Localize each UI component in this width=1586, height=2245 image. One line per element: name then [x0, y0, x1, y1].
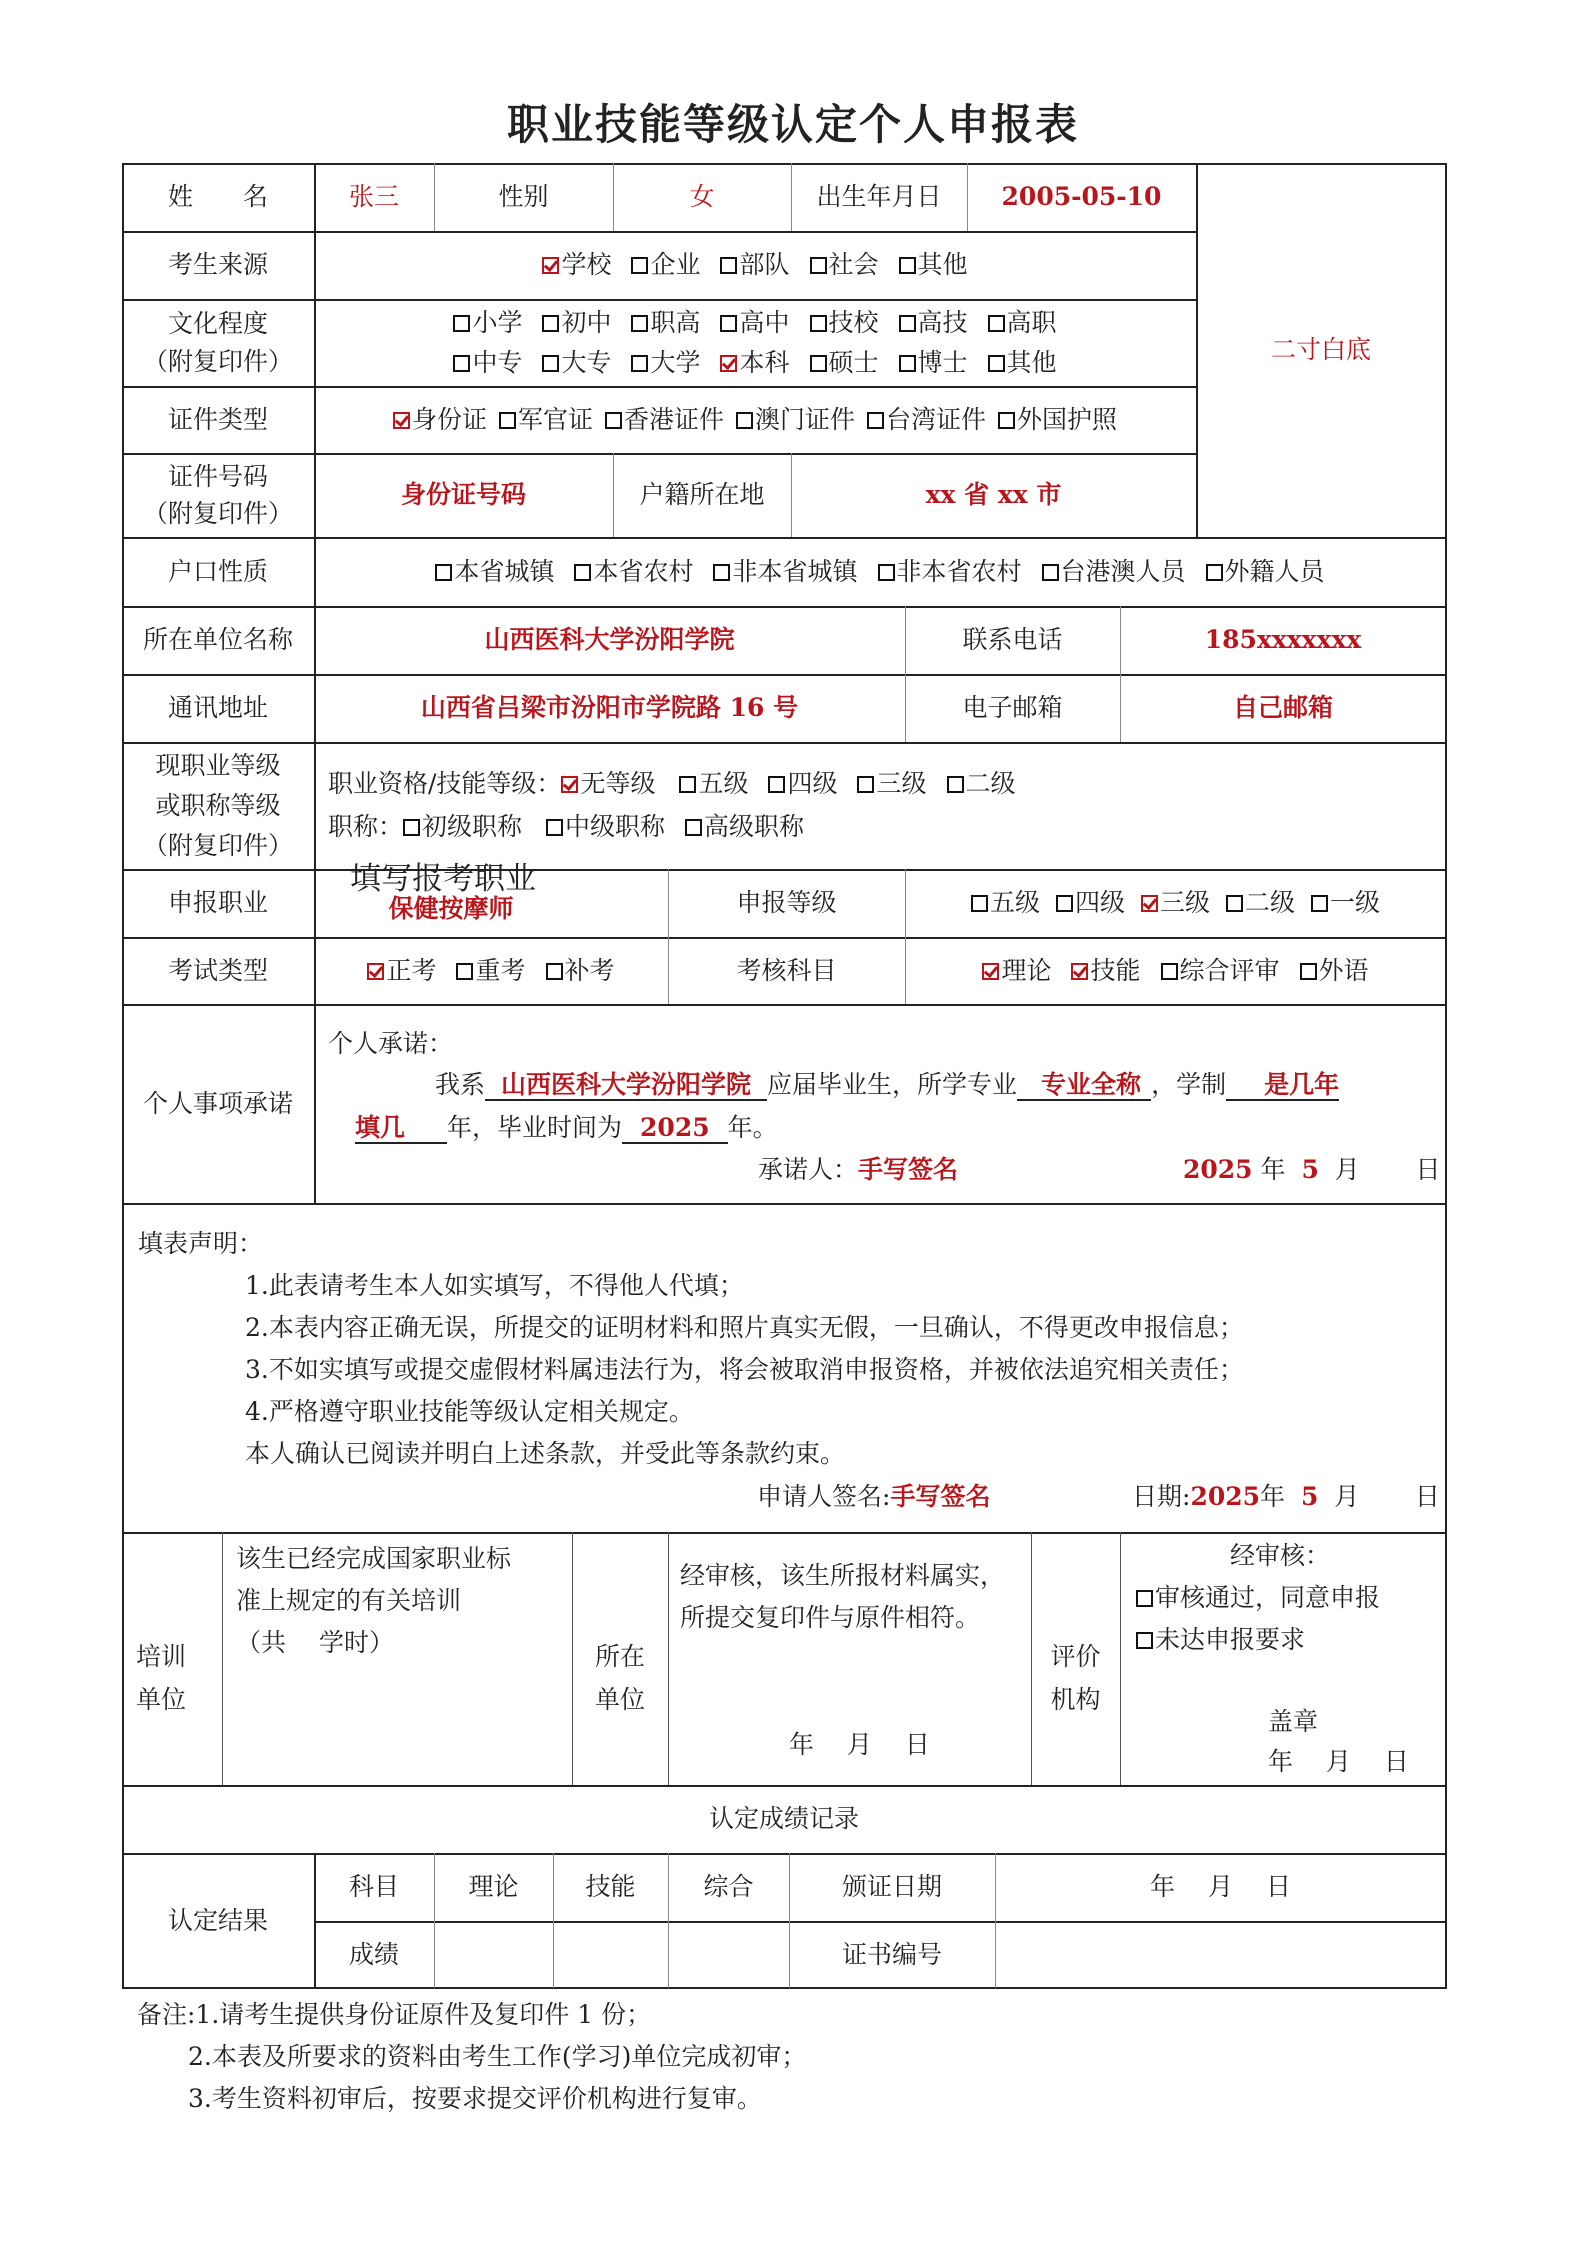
- checkbox-icon: [768, 776, 785, 793]
- checkbox-icon: [453, 315, 470, 332]
- checkbox-retake-exam[interactable]: 重考: [456, 951, 525, 991]
- address-label: 通讯地址: [122, 674, 314, 742]
- hukou-location-label: 户籍所在地: [613, 453, 791, 537]
- applicant-signature-field[interactable]: 手写签名: [890, 1482, 990, 1511]
- checkbox-title[interactable]: 高级职称: [685, 812, 804, 841]
- checkbox-makeup-exam[interactable]: 补考: [546, 951, 615, 991]
- hukou-type-label: 户口性质: [122, 537, 314, 606]
- id-number-field[interactable]: 身份证号码: [314, 453, 613, 537]
- checkbox-regular-exam[interactable]: 正考: [367, 951, 436, 991]
- checkbox-icon: [685, 819, 702, 836]
- checkbox-icon: [574, 564, 591, 581]
- email-label: 电子邮箱: [905, 674, 1120, 742]
- checkbox-edu[interactable]: 中专: [453, 348, 522, 377]
- employer-label: 所在单位名称: [122, 606, 314, 674]
- checkbox-military-id[interactable]: 军官证: [499, 400, 593, 440]
- checkbox-hukou[interactable]: 外籍人员: [1206, 552, 1325, 592]
- declaration-item: 3.不如实填写或提交虚假材料属违法行为，将会被取消申报资格，并被依法追究相关责任…: [245, 1350, 1244, 1386]
- checkbox-icon: [1206, 564, 1223, 581]
- checkbox-level-2[interactable]: 二级: [1226, 883, 1295, 923]
- employer-review-text: 经审核，该生所报材料属实，所提交复印件与原件相符。: [680, 1555, 1005, 1639]
- note-item: 2.本表及所要求的资料由考生工作(学习)单位完成初审；: [188, 2037, 806, 2073]
- checkbox-edu[interactable]: 小学: [453, 308, 522, 337]
- checkbox-icon: [720, 315, 737, 332]
- employer-review-label: 所在单位: [572, 1532, 668, 1785]
- checkbox-passport[interactable]: 外国护照: [998, 400, 1117, 440]
- declaration-item: 4.严格遵守职业技能等级认定相关规定。: [245, 1392, 694, 1428]
- checkbox-checked-icon: [393, 412, 410, 429]
- checkbox-icon: [1136, 1632, 1153, 1649]
- results-header-cell: 技能: [553, 1853, 668, 1921]
- checkbox-checked-icon: [561, 776, 578, 793]
- address-field[interactable]: 山西省吕梁市汾阳市学院路 16 号: [314, 674, 905, 742]
- checkbox-icon: [631, 355, 648, 372]
- checkbox-icon: [1136, 1590, 1153, 1607]
- pledge-years-field[interactable]: 是几年: [1226, 1070, 1339, 1101]
- exam-subject-label: 考核科目: [668, 937, 905, 1004]
- checkbox-icon: [899, 355, 916, 372]
- results-header-cell: 理论: [434, 1853, 553, 1921]
- checkbox-school[interactable]: 学校: [542, 245, 611, 285]
- checkbox-icon: [631, 257, 648, 274]
- checkbox-icon: [1226, 895, 1243, 912]
- checkbox-icon: [546, 963, 563, 980]
- pledge-label: 个人事项承诺: [122, 1004, 314, 1203]
- theory-score-field[interactable]: [434, 1921, 553, 1988]
- phone-field[interactable]: 185xxxxxxx: [1120, 606, 1446, 674]
- gender-label: 性别: [434, 163, 613, 231]
- checkbox-icon: [542, 315, 559, 332]
- checkbox-icon: [810, 355, 827, 372]
- checkbox-title[interactable]: 初级职称: [403, 812, 522, 841]
- checkbox-macau-id[interactable]: 澳门证件: [736, 400, 855, 440]
- employer-field[interactable]: 山西医科大学汾阳学院: [314, 606, 905, 674]
- email-field[interactable]: 自己邮箱: [1120, 674, 1446, 742]
- checkbox-edu[interactable]: 职高: [631, 308, 700, 337]
- checkbox-icon: [1300, 963, 1317, 980]
- hukou-type-options: 本省城镇 本省农村 非本省城镇 非本省农村 台港澳人员 外籍人员: [314, 537, 1446, 606]
- checkbox-level-3[interactable]: 三级: [1141, 883, 1210, 923]
- checkbox-hukou[interactable]: 本省农村: [574, 552, 693, 592]
- checkbox-edu[interactable]: 高中: [720, 308, 789, 337]
- pledge-signature-field[interactable]: 手写签名: [858, 1155, 958, 1184]
- checkbox-icon: [713, 564, 730, 581]
- checkbox-icon: [542, 355, 559, 372]
- checkbox-icon: [899, 257, 916, 274]
- exam-type-options: 正考 重考 补考: [314, 937, 668, 1004]
- checkbox-hukou[interactable]: 本省城镇: [435, 552, 554, 592]
- checkbox-edu[interactable]: 大学: [631, 348, 700, 377]
- pledge-school-field[interactable]: 山西医科大学汾阳学院: [485, 1070, 767, 1101]
- name-field[interactable]: 张三: [314, 163, 434, 231]
- pledge-date[interactable]: 2025 年 5 月 日: [1183, 1150, 1440, 1186]
- checkbox-review-pass[interactable]: 审核通过，同意申报: [1136, 1578, 1380, 1614]
- checkbox-icon: [720, 257, 737, 274]
- form-title: 职业技能等级认定个人申报表: [0, 92, 1586, 152]
- assessment-org-date[interactable]: 年 月 日: [1268, 1742, 1409, 1778]
- checkbox-icon: [971, 895, 988, 912]
- checkbox-level-5[interactable]: 五级: [971, 883, 1040, 923]
- checkbox-level[interactable]: 四级: [768, 769, 837, 798]
- checkbox-hk-id[interactable]: 香港证件: [605, 400, 724, 440]
- id-type-options: 身份证 军官证 香港证件 澳门证件 台湾证件 外国护照: [314, 386, 1196, 453]
- checkbox-enterprise[interactable]: 企业: [631, 245, 700, 285]
- checkbox-icon: [679, 776, 696, 793]
- checkbox-no-level[interactable]: 无等级: [561, 769, 655, 798]
- checkbox-icon: [631, 315, 648, 332]
- checkbox-level[interactable]: 二级: [947, 769, 1016, 798]
- checkbox-checked-icon: [367, 963, 384, 980]
- checkbox-icon: [403, 819, 420, 836]
- checkbox-edu[interactable]: 高职: [988, 308, 1057, 337]
- training-unit-text: 该生已经完成国家职业标准上规定的有关培训（共 学时）: [236, 1538, 511, 1664]
- checkbox-edu[interactable]: 高技: [899, 308, 968, 337]
- checkbox-icon: [857, 776, 874, 793]
- declaration-confirm: 本人确认已阅读并明白上述条款，并受此等条款约束。: [245, 1434, 845, 1470]
- checkbox-icon: [867, 412, 884, 429]
- checkbox-army[interactable]: 部队: [720, 245, 789, 285]
- checkbox-icon: [878, 564, 895, 581]
- checkbox-society[interactable]: 社会: [810, 245, 879, 285]
- checkbox-checked-icon: [982, 963, 999, 980]
- checkbox-icon: [1042, 564, 1059, 581]
- checkbox-edu[interactable]: 技校: [810, 308, 879, 337]
- checkbox-skill[interactable]: 技能: [1071, 951, 1140, 991]
- checkbox-checked-icon: [1071, 963, 1088, 980]
- checkbox-checked-icon: [542, 257, 559, 274]
- hukou-location-field[interactable]: xx 省 xx 市: [791, 453, 1196, 537]
- checkbox-icon: [605, 412, 622, 429]
- checkbox-icon: [435, 564, 452, 581]
- checkbox-icon: [988, 315, 1005, 332]
- training-unit-label: 培训单位: [122, 1532, 222, 1785]
- education-label: 文化程度（附复印件）: [122, 299, 314, 386]
- id-type-label: 证件类型: [122, 386, 314, 453]
- dob-label: 出生年月日: [791, 163, 967, 231]
- name-label: 姓 名: [122, 163, 314, 231]
- checkbox-icon: [1056, 895, 1073, 912]
- checkbox-level-4[interactable]: 四级: [1056, 883, 1125, 923]
- checkbox-hukou[interactable]: 台港澳人员: [1042, 552, 1186, 592]
- education-options: 小学初中职高高中技校高技高职 中专大专大学本科硕士博士其他: [314, 299, 1196, 386]
- gender-field[interactable]: 女: [613, 163, 791, 231]
- checkbox-id-card[interactable]: 身份证: [393, 400, 487, 440]
- checkbox-icon: [810, 315, 827, 332]
- checkbox-theory[interactable]: 理论: [982, 951, 1051, 991]
- declaration-date[interactable]: 日期:2025年 5 月 日: [1132, 1477, 1440, 1513]
- results-header-cell: 科目: [314, 1853, 434, 1921]
- checkbox-icon: [546, 819, 563, 836]
- checkbox-edu[interactable]: 其他: [988, 348, 1057, 377]
- checkbox-taiwan-id[interactable]: 台湾证件: [867, 400, 986, 440]
- checkbox-hukou[interactable]: 非本省城镇: [713, 552, 857, 592]
- checkbox-icon: [947, 776, 964, 793]
- checkbox-other[interactable]: 其他: [899, 245, 968, 285]
- checkbox-icon: [456, 963, 473, 980]
- checkbox-foreign-language[interactable]: 外语: [1300, 951, 1369, 991]
- checkbox-checked-icon: [720, 355, 737, 372]
- current-level-label: 现职业等级或职称等级（附复印件）: [122, 742, 314, 869]
- checkbox-checked-icon: [1141, 895, 1158, 912]
- current-level-options: 职业资格/技能等级：无等级五级四级三级二级 职称：初级职称中级职称高级职称: [314, 742, 1446, 869]
- skill-score-field[interactable]: [553, 1921, 668, 1988]
- results-header-cell: 综合: [668, 1853, 789, 1921]
- graduation-year-field[interactable]: 2025: [622, 1113, 728, 1144]
- id-number-label: 证件号码（附复印件）: [122, 453, 314, 537]
- note-item: 3.考生资料初审后，按要求提交评价机构进行复审。: [188, 2079, 762, 2115]
- declaration-heading: 填表声明：: [138, 1224, 263, 1260]
- dob-field[interactable]: 2005-05-10: [967, 163, 1196, 231]
- employer-review-date[interactable]: 年 月 日: [789, 1725, 930, 1761]
- checkbox-icon: [499, 412, 516, 429]
- checkbox-hukou[interactable]: 非本省农村: [878, 552, 1022, 592]
- apply-job-label: 申报职业: [122, 869, 314, 937]
- checkbox-edu[interactable]: 博士: [899, 348, 968, 377]
- certificate-number-label: 证书编号: [789, 1921, 995, 1988]
- checkbox-icon: [998, 412, 1015, 429]
- checkbox-icon: [899, 315, 916, 332]
- checkbox-comprehensive[interactable]: 综合评审: [1161, 951, 1280, 991]
- assessment-org-heading: 经审核：: [1230, 1536, 1330, 1572]
- checkbox-icon: [810, 257, 827, 274]
- checkbox-level-1[interactable]: 一级: [1311, 883, 1380, 923]
- checkbox-icon: [736, 412, 753, 429]
- seal-label: 盖章: [1268, 1702, 1318, 1738]
- checkbox-edu[interactable]: 初中: [542, 308, 611, 337]
- photo-placeholder[interactable]: 二寸白底: [1196, 163, 1446, 537]
- note-item: 备注:1.请考生提供身份证原件及复印件 1 份；: [137, 1995, 651, 2031]
- pledge-major-field[interactable]: 专业全称: [1017, 1070, 1151, 1101]
- source-options: 学校 企业 部队 社会 其他: [314, 231, 1196, 299]
- certificate-number-field[interactable]: [995, 1921, 1446, 1988]
- phone-label: 联系电话: [905, 606, 1120, 674]
- results-header-cell: 颁证日期: [789, 1853, 995, 1921]
- checkbox-edu[interactable]: 大专: [542, 348, 611, 377]
- apply-level-options: 五级 四级 三级 二级 一级: [905, 869, 1446, 937]
- checkbox-title[interactable]: 中级职称: [546, 812, 665, 841]
- results-heading: 认定成绩记录: [122, 1785, 1446, 1853]
- exam-subject-options: 理论 技能 综合评审 外语: [905, 937, 1446, 1004]
- annotation-overlay: 填写报考职业: [350, 853, 536, 898]
- results-label: 认定结果: [122, 1853, 314, 1988]
- source-label: 考生来源: [122, 231, 314, 299]
- checkbox-level[interactable]: 三级: [857, 769, 926, 798]
- checkbox-edu-bachelor[interactable]: 本科: [720, 348, 789, 377]
- score-label: 成绩: [314, 1921, 434, 1988]
- issue-date-field[interactable]: 年 月 日: [995, 1853, 1446, 1921]
- comprehensive-score-field[interactable]: [668, 1921, 789, 1988]
- declaration-item: 2.本表内容正确无误，所提交的证明材料和照片真实无假，一旦确认，不得更改申报信息…: [245, 1308, 1244, 1344]
- checkbox-icon: [453, 355, 470, 372]
- declaration-item: 1.此表请考生本人如实填写，不得他人代填；: [245, 1266, 744, 1302]
- exam-type-label: 考试类型: [122, 937, 314, 1004]
- checkbox-icon: [1311, 895, 1328, 912]
- checkbox-level[interactable]: 五级: [679, 769, 748, 798]
- assessment-org-label: 评价机构: [1031, 1532, 1120, 1785]
- checkbox-icon: [988, 355, 1005, 372]
- checkbox-review-fail[interactable]: 未达申报要求: [1136, 1620, 1305, 1656]
- checkbox-edu[interactable]: 硕士: [810, 348, 879, 377]
- apply-level-label: 申报等级: [668, 869, 905, 937]
- checkbox-icon: [1161, 963, 1178, 980]
